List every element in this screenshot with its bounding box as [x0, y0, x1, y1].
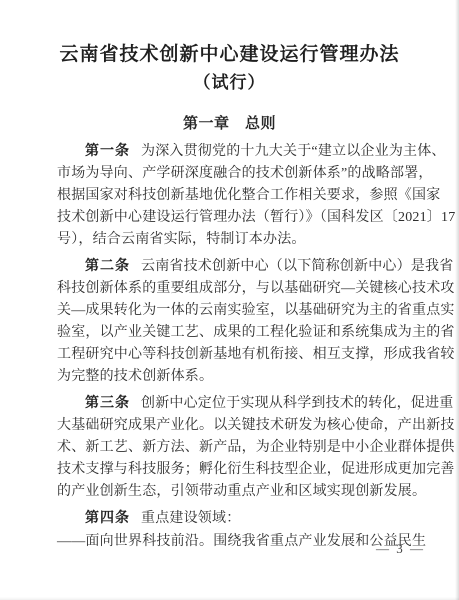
article-3-line: 的产业创新生态，引领带动重点产业和区域实现创新发展。 — [57, 481, 423, 503]
doc-title-line1: 云南省技术创新中心建设运行管理办法 — [0, 0, 459, 68]
article-4-label: 第四条 — [85, 509, 130, 525]
bullet-paragraph: ——面向世界科技前沿。围绕我省重点产业发展和公益民生 — [57, 531, 423, 553]
article-1-line: 号），结合云南省实际，特制订本办法。 — [57, 229, 423, 251]
article-3-line: 大基础研究成果产业化。以关键技术研发为核心使命，产出新技 — [57, 415, 423, 437]
article-2: 第二条云南省技术创新中心（以下简称创新中心）是我省 科技创新体系的重要组成部分，… — [57, 254, 423, 388]
article-2-text: 云南省技术创新中心（以下简称创新中心）是我省 — [141, 259, 453, 274]
article-1-label: 第一条 — [85, 142, 130, 158]
article-3-line: 技术支撑与科技服务；孵化衍生科技型企业，促进形成更加完善 — [57, 459, 423, 481]
document-page: 云南省技术创新中心建设运行管理办法 （试行） 第一章 总则 第一条为深入贯彻党的… — [0, 0, 459, 600]
article-4: 第四条重点建设领域： — [57, 506, 423, 530]
doc-title-line2: （试行） — [0, 71, 459, 95]
bullet-line: ——面向世界科技前沿。围绕我省重点产业发展和公益民生 — [57, 531, 423, 553]
article-2-line: 第二条云南省技术创新中心（以下简称创新中心）是我省 — [57, 254, 423, 278]
article-4-text: 重点建设领域： — [141, 511, 240, 526]
article-4-line: 第四条重点建设领域： — [57, 506, 423, 530]
article-1-line: 市场为导向、产学研深度融合的技术创新体系”的战略部署， — [57, 163, 423, 185]
article-1: 第一条为深入贯彻党的十九大关于“建立以企业为主体、 市场为导向、产学研深度融合的… — [57, 139, 423, 251]
article-2-line: 关—成果转化为一体的云南实验室，以基础研究为主的省重点实 — [57, 300, 423, 322]
article-1-line: 第一条为深入贯彻党的十九大关于“建立以企业为主体、 — [57, 139, 423, 163]
article-1-line: 根据国家对科技创新基地优化整合工作相关要求，参照《国家 — [57, 185, 423, 207]
article-2-label: 第二条 — [85, 257, 130, 273]
scan-edge-right — [455, 0, 459, 600]
article-3-line: 第三条创新中心定位于实现从科学到技术的转化，促进重 — [57, 391, 423, 415]
document-body: 第一条为深入贯彻党的十九大关于“建立以企业为主体、 市场为导向、产学研深度融合的… — [57, 139, 423, 553]
page-number: — 3 — — [376, 541, 425, 557]
article-3-text: 创新中心定位于实现从科学到技术的转化，促进重 — [141, 396, 453, 411]
article-1-line: 技术创新中心建设运行管理办法（暂行）》（国科发区〔2021〕17 — [57, 207, 423, 229]
article-2-line: 验室，以产业关键工艺、成果的工程化验证和系统集成为主的省 — [57, 322, 423, 344]
article-2-line: 为完整的技术创新体系。 — [57, 366, 423, 388]
article-3-label: 第三条 — [85, 394, 130, 410]
article-3-line: 术、新工艺、新方法、新产品，为企业特别是中小企业群体提供 — [57, 437, 423, 459]
article-2-line: 工程研究中心等科技创新基地有机衔接、相互支撑，形成我省较 — [57, 344, 423, 366]
chapter-heading: 第一章 总则 — [0, 113, 459, 135]
article-2-line: 科技创新体系的重要组成部分，与以基础研究—关键核心技术攻 — [57, 278, 423, 300]
article-1-text: 为深入贯彻党的十九大关于“建立以企业为主体、 — [141, 144, 446, 159]
article-3: 第三条创新中心定位于实现从科学到技术的转化，促进重 大基础研究成果产业化。以关键… — [57, 391, 423, 503]
